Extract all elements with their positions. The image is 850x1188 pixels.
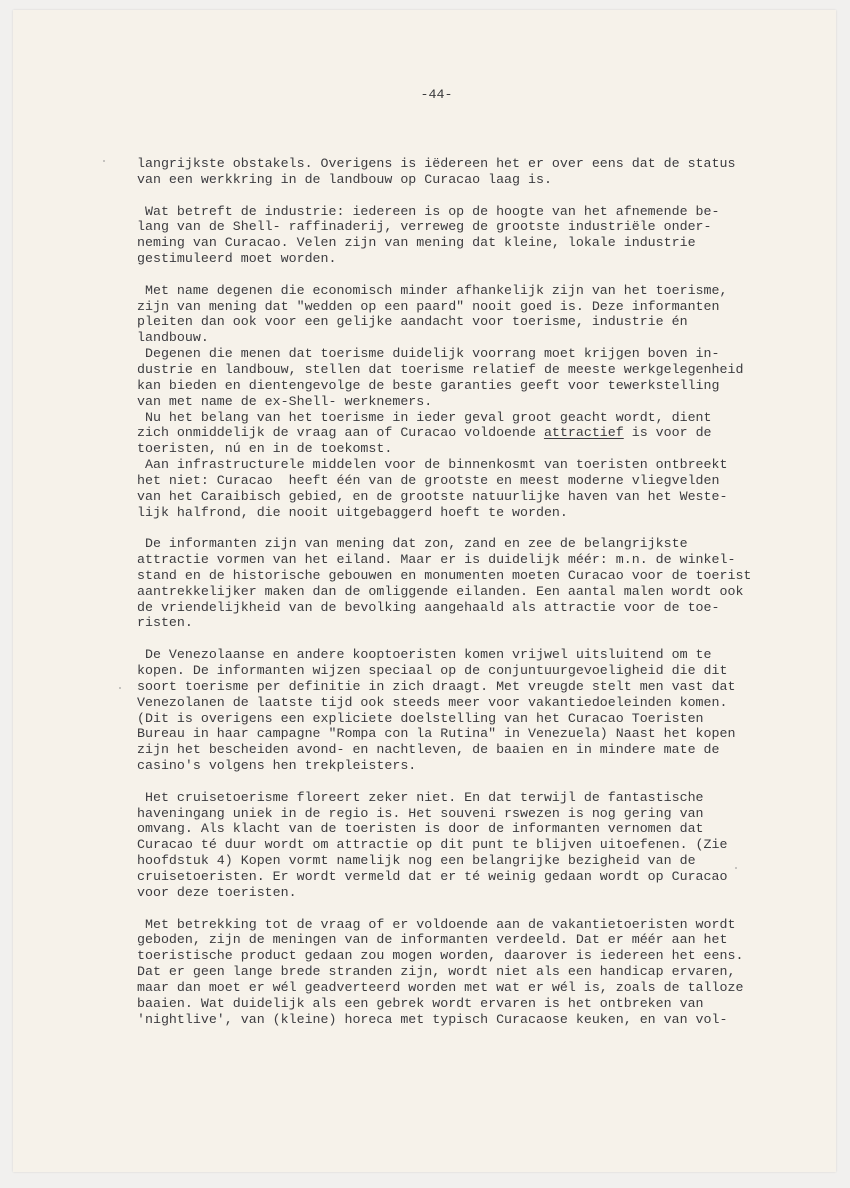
text-line: langrijkste obstakels. Overigens is iëde… — [137, 156, 817, 172]
text-line: zijn het bescheiden avond- en nachtleven… — [137, 742, 817, 758]
paper-speck — [119, 687, 121, 689]
text-line: Degenen die menen dat toerisme duidelijk… — [137, 346, 817, 362]
text-line: van met name de ex-Shell- werknemers. — [137, 394, 817, 410]
body-text: langrijkste obstakels. Overigens is iëde… — [137, 156, 817, 1043]
text-line: hoofdstuk 4) Kopen vormt namelijk nog ee… — [137, 853, 817, 869]
text-line: pleiten dan ook voor een gelijke aandach… — [137, 314, 817, 330]
text-line: cruisetoeristen. Er wordt vermeld dat er… — [137, 869, 817, 885]
paragraph: Het cruisetoerisme floreert zeker niet. … — [137, 790, 817, 901]
text-line: Dat er geen lange brede stranden zijn, w… — [137, 964, 817, 980]
text-line: Met name degenen die economisch minder a… — [137, 283, 817, 299]
text-line: Met betrekking tot de vraag of er voldoe… — [137, 917, 817, 933]
text-line: het niet: Curacao heeft één van de groot… — [137, 473, 817, 489]
text-line: (Dit is overigens een expliciete doelste… — [137, 711, 817, 727]
document-page: -44- langrijkste obstakels. Overigens is… — [13, 10, 836, 1172]
text-line: zich onmiddelijk de vraag aan of Curacao… — [137, 425, 817, 441]
text-line: maar dan moet er wél geadverteerd worden… — [137, 980, 817, 996]
paragraph: langrijkste obstakels. Overigens is iëde… — [137, 156, 817, 188]
text-line: neming van Curacao. Velen zijn van menin… — [137, 235, 817, 251]
text-line: haveningang uniek in de regio is. Het so… — [137, 806, 817, 822]
text-line: van een werkkring in de landbouw op Cura… — [137, 172, 817, 188]
paragraph: De Venezolaanse en andere kooptoeristen … — [137, 647, 817, 774]
text-line: baaien. Wat duidelijk als een gebrek wor… — [137, 996, 817, 1012]
text-line: voor deze toeristen. — [137, 885, 817, 901]
text-line: Venezolanen de laatste tijd ook steeds m… — [137, 695, 817, 711]
paper-speck — [735, 867, 737, 869]
text-line: toeristische product gedaan zou mogen wo… — [137, 948, 817, 964]
text-line: aantrekkelijker maken dan de omliggende … — [137, 584, 817, 600]
paper-speck — [103, 160, 105, 162]
text-line: toeristen, nú en in de toekomst. — [137, 441, 817, 457]
text-line: risten. — [137, 615, 817, 631]
text-line: zijn van mening dat "wedden op een paard… — [137, 299, 817, 315]
paragraph: Met name degenen die economisch minder a… — [137, 283, 817, 521]
paragraph: De informanten zijn van mening dat zon, … — [137, 536, 817, 631]
text-line: 'nightlive', van (kleine) horeca met typ… — [137, 1012, 817, 1028]
text-line: casino's volgens hen trekpleisters. — [137, 758, 817, 774]
text-line: Nu het belang van het toerisme in ieder … — [137, 410, 817, 426]
text-line: de vriendelijkheid van de bevolking aang… — [137, 600, 817, 616]
text-line: Curacao té duur wordt om attractie op di… — [137, 837, 817, 853]
text-line: attractie vormen van het eiland. Maar er… — [137, 552, 817, 568]
text-line: stand en de historische gebouwen en monu… — [137, 568, 817, 584]
text-line: kan bieden en dientengevolge de beste ga… — [137, 378, 817, 394]
text-line: lang van de Shell- raffinaderij, verrewe… — [137, 219, 817, 235]
text-line: gestimuleerd moet worden. — [137, 251, 817, 267]
text-line: omvang. Als klacht van de toeristen is d… — [137, 821, 817, 837]
page-number: -44- — [13, 87, 836, 102]
paragraph: Met betrekking tot de vraag of er voldoe… — [137, 917, 817, 1028]
text-line: lijk halfrond, die nooit uitgebaggerd ho… — [137, 505, 817, 521]
text-line: Aan infrastructurele middelen voor de bi… — [137, 457, 817, 473]
text-line: landbouw. — [137, 330, 817, 346]
text-line: Bureau in haar campagne "Rompa con la Ru… — [137, 726, 817, 742]
underlined-text: attractief — [544, 425, 624, 440]
text-line: geboden, zijn de meningen van de informa… — [137, 932, 817, 948]
paragraph: Wat betreft de industrie: iedereen is op… — [137, 204, 817, 267]
text-line: soort toerisme per definitie in zich dra… — [137, 679, 817, 695]
text-line: kopen. De informanten wijzen speciaal op… — [137, 663, 817, 679]
text-line: Wat betreft de industrie: iedereen is op… — [137, 204, 817, 220]
text-line: van het Caraibisch gebied, en de grootst… — [137, 489, 817, 505]
text-line: De informanten zijn van mening dat zon, … — [137, 536, 817, 552]
text-line: De Venezolaanse en andere kooptoeristen … — [137, 647, 817, 663]
text-line: Het cruisetoerisme floreert zeker niet. … — [137, 790, 817, 806]
text-line: dustrie en landbouw, stellen dat toerism… — [137, 362, 817, 378]
